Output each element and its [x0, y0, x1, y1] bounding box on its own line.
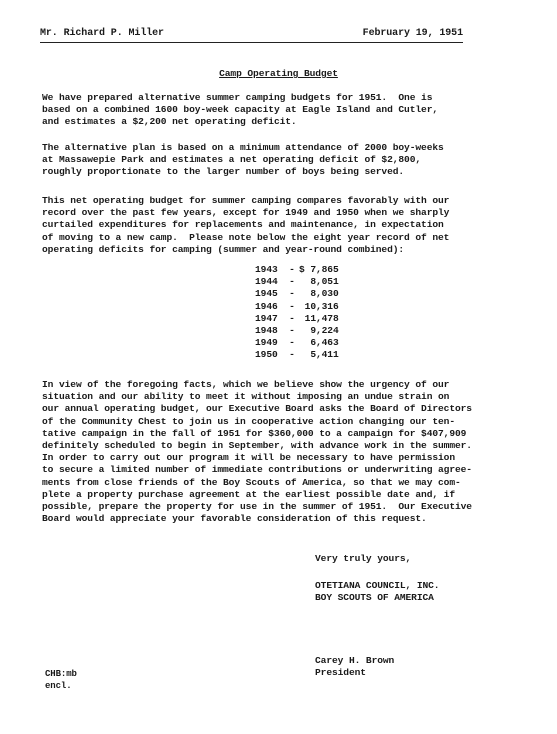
separator: -	[285, 337, 299, 349]
reference-block: CHB:mb encl.	[45, 668, 77, 692]
amount: 8,030	[299, 288, 353, 300]
table-row: 1950 - 5,411	[255, 349, 375, 361]
separator: -	[285, 276, 299, 288]
organization-affiliation: BOY SCOUTS OF AMERICA	[315, 592, 439, 604]
year: 1945	[255, 288, 285, 300]
signer-title: President	[315, 667, 394, 679]
enclosure-note: encl.	[45, 680, 77, 692]
year: 1949	[255, 337, 285, 349]
year: 1948	[255, 325, 285, 337]
separator: -	[285, 313, 299, 325]
table-row: 1943 - $ 7,865	[255, 264, 375, 276]
year: 1946	[255, 301, 285, 313]
amount: 6,463	[299, 337, 353, 349]
paragraph-summer-budgets: We have prepared alternative summer camp…	[42, 92, 522, 129]
table-row: 1946 - 10,316	[255, 301, 375, 313]
letter-page: Mr. Richard P. Miller February 19, 1951 …	[0, 0, 557, 734]
organization-name: OTETIANA COUNCIL, INC.	[315, 580, 439, 592]
year: 1947	[255, 313, 285, 325]
table-row: 1949 - 6,463	[255, 337, 375, 349]
separator: -	[285, 288, 299, 300]
signature-block: Carey H. Brown President	[315, 655, 394, 679]
amount: 11,478	[299, 313, 353, 325]
paragraph-deficit-record: This net operating budget for summer cam…	[42, 195, 522, 256]
paragraph-alternative-plan: The alternative plan is based on a minim…	[42, 142, 522, 179]
complimentary-close: Very truly yours,	[315, 553, 411, 565]
separator: -	[285, 301, 299, 313]
year: 1944	[255, 276, 285, 288]
letter-header: Mr. Richard P. Miller February 19, 1951	[40, 28, 463, 43]
amount: 10,316	[299, 301, 353, 313]
paragraph-campaign-request: In view of the foregoing facts, which we…	[42, 379, 522, 525]
organization-block: OTETIANA COUNCIL, INC. BOY SCOUTS OF AME…	[315, 580, 439, 604]
amount: 8,051	[299, 276, 353, 288]
recipient-name: Mr. Richard P. Miller	[40, 28, 164, 39]
amount: 5,411	[299, 349, 353, 361]
table-row: 1945 - 8,030	[255, 288, 375, 300]
separator: -	[285, 264, 299, 276]
separator: -	[285, 349, 299, 361]
amount: 9,224	[299, 325, 353, 337]
reference-initials: CHB:mb	[45, 668, 77, 680]
table-row: 1944 - 8,051	[255, 276, 375, 288]
signer-name: Carey H. Brown	[315, 655, 394, 667]
document-title: Camp Operating Budget	[0, 68, 557, 79]
deficit-table: 1943 - $ 7,865 1944 - 8,051 1945 - 8,030…	[255, 264, 375, 362]
separator: -	[285, 325, 299, 337]
letter-date: February 19, 1951	[363, 28, 463, 39]
table-row: 1947 - 11,478	[255, 313, 375, 325]
year: 1943	[255, 264, 285, 276]
amount: $ 7,865	[299, 264, 353, 276]
year: 1950	[255, 349, 285, 361]
table-row: 1948 - 9,224	[255, 325, 375, 337]
